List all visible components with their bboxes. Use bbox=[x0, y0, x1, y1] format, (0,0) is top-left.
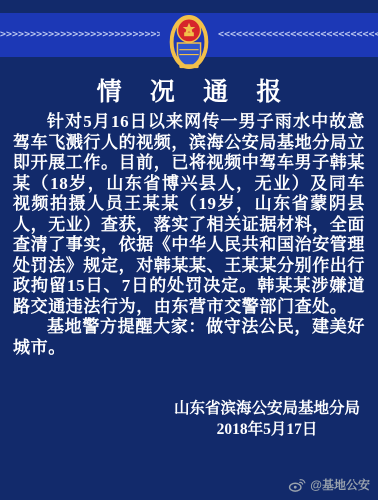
police-notice-poster: >>>>>>>>>>>>>>>>>>>>>>>>>>>>>>>>>> <<<<<… bbox=[0, 0, 378, 500]
banner-right-chevrons: <<<<<<<<<<<<<<<<<<<<<<<<<<<<<<<<<< bbox=[218, 13, 378, 57]
notice-signature: 山东省滨海公安局基地分局 2018年5月17日 bbox=[174, 398, 360, 440]
weibo-handle: @基地公安 bbox=[310, 476, 370, 493]
weibo-icon bbox=[288, 478, 306, 492]
police-emblem-icon bbox=[160, 13, 218, 57]
notice-body: 针对5月16日以来网传一男子雨水中故意驾车飞溅行人的视频，滨海公安局基地分局立即… bbox=[13, 112, 365, 358]
weibo-watermark: @基地公安 bbox=[288, 476, 370, 493]
notice-paragraph-2: 基地警方提醒大家：做守法公民，建美好城市。 bbox=[13, 317, 365, 358]
notice-title: 情 况 通 报 bbox=[0, 72, 378, 108]
issue-date: 2018年5月17日 bbox=[174, 419, 360, 440]
emblem-banner: >>>>>>>>>>>>>>>>>>>>>>>>>>>>>>>>>> <<<<<… bbox=[0, 13, 378, 57]
banner-left-chevrons: >>>>>>>>>>>>>>>>>>>>>>>>>>>>>>>>>> bbox=[0, 13, 160, 57]
issuer-name: 山东省滨海公安局基地分局 bbox=[174, 398, 360, 419]
notice-paragraph-1: 针对5月16日以来网传一男子雨水中故意驾车飞溅行人的视频，滨海公安局基地分局立即… bbox=[13, 112, 365, 317]
